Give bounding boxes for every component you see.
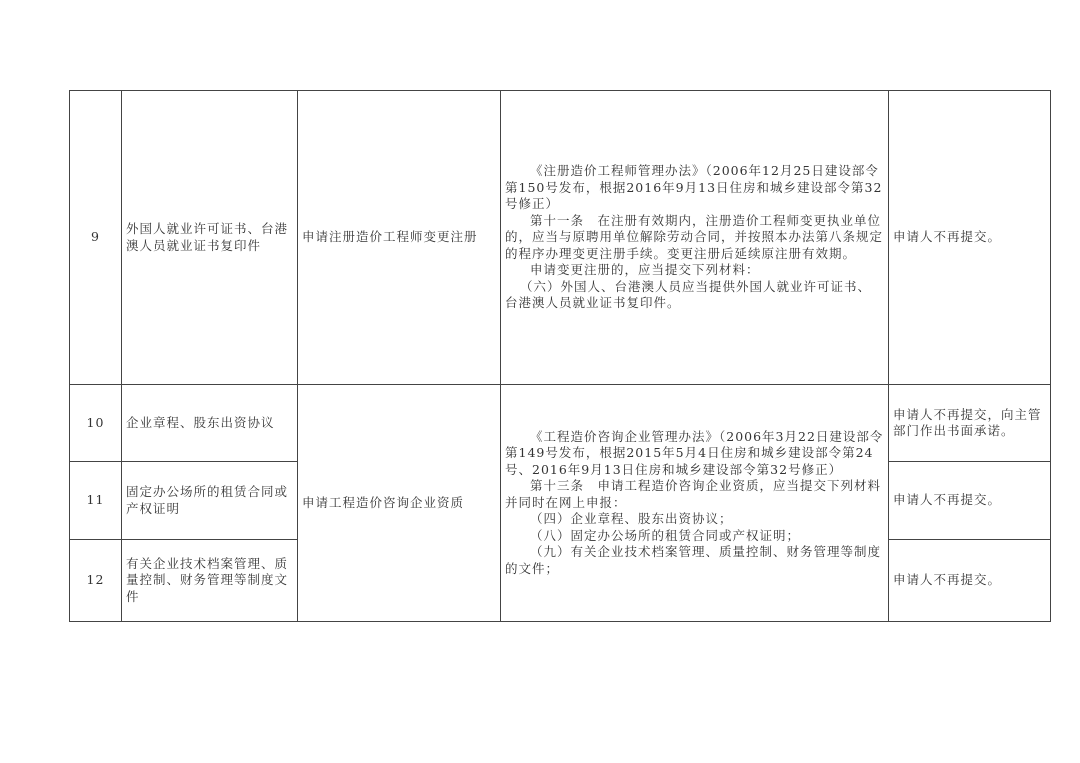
row-number: 9 <box>70 91 122 385</box>
basis-paragraph: （四）企业章程、股东出资协议； <box>505 511 884 528</box>
result-cell: 申请人不再提交。 <box>889 462 1051 540</box>
legal-basis-cell: 《注册造价工程师管理办法》（2006年12月25日建设部令第150号发布，根据2… <box>501 91 889 385</box>
material-cell: 外国人就业许可证书、台港澳人员就业证书复印件 <box>122 91 298 385</box>
material-cell: 有关企业技术档案管理、质量控制、财务管理等制度文件 <box>122 540 298 622</box>
table-row: 10 企业章程、股东出资协议 申请工程造价咨询企业资质 《工程造价咨询企业管理办… <box>70 385 1051 462</box>
result-cell: 申请人不再提交。 <box>889 91 1051 385</box>
table-row: 9 外国人就业许可证书、台港澳人员就业证书复印件 申请注册造价工程师变更注册 《… <box>70 91 1051 385</box>
row-number: 11 <box>70 462 122 540</box>
basis-paragraph: 申请变更注册的，应当提交下列材料： <box>505 262 884 279</box>
basis-paragraph: （九）有关企业技术档案管理、质量控制、财务管理等制度的文件； <box>505 544 884 577</box>
materials-table: 9 外国人就业许可证书、台港澳人员就业证书复印件 申请注册造价工程师变更注册 《… <box>69 90 1051 622</box>
result-cell: 申请人不再提交，向主管部门作出书面承诺。 <box>889 385 1051 462</box>
basis-paragraph: 《注册造价工程师管理办法》（2006年12月25日建设部令第150号发布，根据2… <box>505 163 884 213</box>
item-cell: 申请注册造价工程师变更注册 <box>298 91 501 385</box>
basis-paragraph: 第十一条 在注册有效期内，注册造价工程师变更执业单位的，应当与原聘用单位解除劳动… <box>505 213 884 263</box>
material-cell: 固定办公场所的租赁合同或产权证明 <box>122 462 298 540</box>
material-cell: 企业章程、股东出资协议 <box>122 385 298 462</box>
basis-paragraph: 《工程造价咨询企业管理办法》（2006年3月22日建设部令第149号发布，根据2… <box>505 429 884 479</box>
row-number: 10 <box>70 385 122 462</box>
row-number: 12 <box>70 540 122 622</box>
result-cell: 申请人不再提交。 <box>889 540 1051 622</box>
document-page: 9 外国人就业许可证书、台港澳人员就业证书复印件 申请注册造价工程师变更注册 《… <box>0 0 1080 763</box>
basis-paragraph: （八）固定办公场所的租赁合同或产权证明； <box>505 528 884 545</box>
basis-paragraph: 第十三条 申请工程造价咨询企业资质，应当提交下列材料并同时在网上申报： <box>505 478 884 511</box>
basis-paragraph: （六）外国人、台港澳人员应当提供外国人就业许可证书、台港澳人员就业证书复印件。 <box>505 279 884 312</box>
legal-basis-cell-merged: 《工程造价咨询企业管理办法》（2006年3月22日建设部令第149号发布，根据2… <box>501 385 889 622</box>
item-cell-merged: 申请工程造价咨询企业资质 <box>298 385 501 622</box>
